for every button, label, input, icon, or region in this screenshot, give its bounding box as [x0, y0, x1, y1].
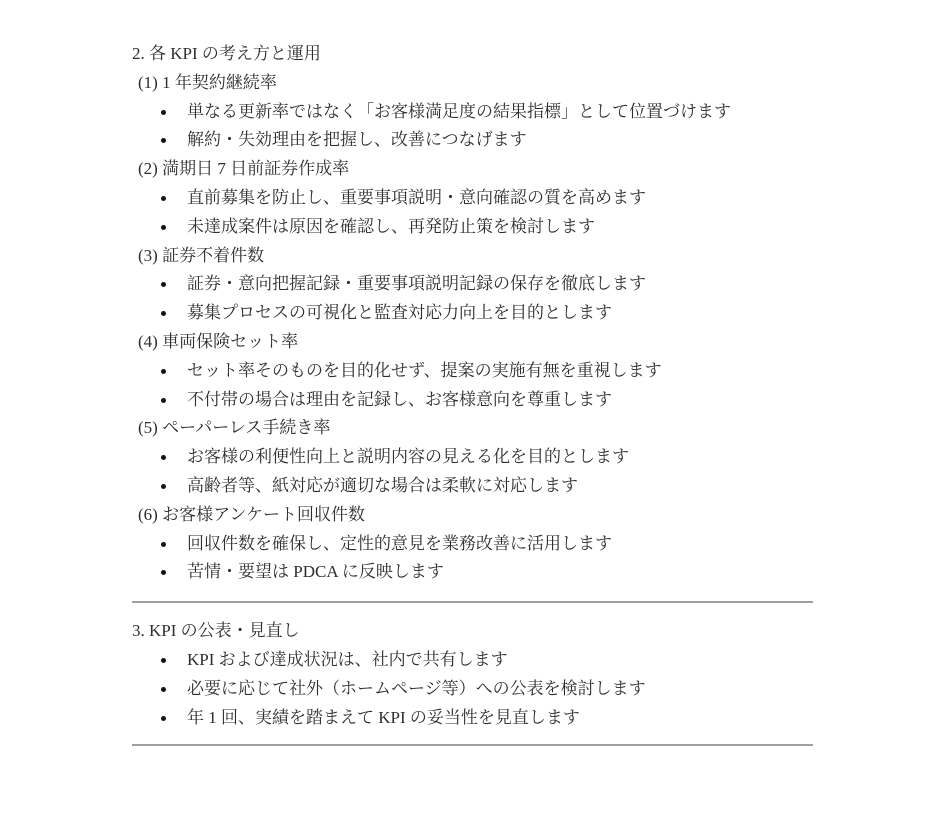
bullet-icon [161, 658, 166, 663]
bullet-text: 回収件数を確保し、定性的意見を業務改善に活用します [187, 534, 612, 553]
bullet-icon [161, 282, 166, 287]
list-item: 年 1 回、実績を踏まえて KPI の妥当性を見直します [132, 704, 813, 733]
bullet-icon [161, 138, 166, 143]
list-item: 解約・失効理由を把握し、改善につなげます [132, 126, 813, 155]
bullet-text: セット率そのものを目的化せず、提案の実施有無を重視します [187, 361, 662, 380]
subsection-heading: (3) 証券不着件数 [132, 242, 813, 271]
list-item: 苦情・要望は PDCA に反映します [132, 558, 813, 587]
subsection-heading: (5) ペーパーレス手続き率 [132, 414, 813, 443]
bullet-icon [161, 542, 166, 547]
bullet-icon [161, 716, 166, 721]
list-item: 必要に応じて社外（ホームページ等）への公表を検討します [132, 675, 813, 704]
bullet-icon [161, 687, 166, 692]
section-kpi-operation: 2. 各 KPI の考え方と運用 (1) 1 年契約継続率単なる更新率ではなく「… [132, 40, 813, 587]
document-page: 2. 各 KPI の考え方と運用 (1) 1 年契約継続率単なる更新率ではなく「… [0, 0, 945, 813]
list-item: 証券・意向把握記録・重要事項説明記録の保存を徹底します [132, 270, 813, 299]
section-2-body: (1) 1 年契約継続率単なる更新率ではなく「お客様満足度の結果指標」として位置… [132, 69, 813, 587]
bullet-icon [161, 225, 166, 230]
document-content: 2. 各 KPI の考え方と運用 (1) 1 年契約継続率単なる更新率ではなく「… [132, 40, 813, 746]
bullet-text: 単なる更新率ではなく「お客様満足度の結果指標」として位置づけます [187, 102, 731, 121]
list-item: 直前募集を防止し、重要事項説明・意向確認の質を高めます [132, 184, 813, 213]
bullet-text: 必要に応じて社外（ホームページ等）への公表を検討します [187, 679, 646, 698]
list-item: 不付帯の場合は理由を記録し、お客様意向を尊重します [132, 386, 813, 415]
bullet-icon [161, 455, 166, 460]
bullet-text: KPI および達成状況は、社内で共有します [187, 650, 508, 669]
list-item: セット率そのものを目的化せず、提案の実施有無を重視します [132, 357, 813, 386]
section-divider-bottom [132, 744, 813, 746]
bullet-text: 解約・失効理由を把握し、改善につなげます [187, 130, 527, 149]
section-divider-top [132, 601, 813, 603]
section-kpi-publication: 3. KPI の公表・見直し KPI および達成状況は、社内で共有します必要に応… [132, 617, 813, 732]
section-2-heading: 2. 各 KPI の考え方と運用 [132, 40, 813, 69]
bullet-text: 不付帯の場合は理由を記録し、お客様意向を尊重します [187, 390, 612, 409]
section-3-heading: 3. KPI の公表・見直し [132, 617, 813, 646]
subsection-heading: (4) 車両保険セット率 [132, 328, 813, 357]
bullet-icon [161, 369, 166, 374]
bullet-icon [161, 196, 166, 201]
list-item: お客様の利便性向上と説明内容の見える化を目的とします [132, 443, 813, 472]
bullet-text: お客様の利便性向上と説明内容の見える化を目的とします [187, 447, 629, 466]
bullet-text: 直前募集を防止し、重要事項説明・意向確認の質を高めます [187, 188, 646, 207]
subsection-heading: (2) 満期日 7 日前証券作成率 [132, 155, 813, 184]
subsection-heading: (6) お客様アンケート回収件数 [132, 501, 813, 530]
list-item: 高齢者等、紙対応が適切な場合は柔軟に対応します [132, 472, 813, 501]
bullet-text: 年 1 回、実績を踏まえて KPI の妥当性を見直します [187, 708, 580, 727]
subsection-heading: (1) 1 年契約継続率 [132, 69, 813, 98]
bullet-text: 未達成案件は原因を確認し、再発防止策を検討します [187, 217, 595, 236]
bullet-icon [161, 484, 166, 489]
list-item: 募集プロセスの可視化と監査対応力向上を目的とします [132, 299, 813, 328]
bullet-text: 苦情・要望は PDCA に反映します [187, 562, 444, 581]
bullet-text: 募集プロセスの可視化と監査対応力向上を目的とします [187, 303, 612, 322]
list-item: 単なる更新率ではなく「お客様満足度の結果指標」として位置づけます [132, 98, 813, 127]
section-3-body: KPI および達成状況は、社内で共有します必要に応じて社外（ホームページ等）への… [132, 646, 813, 732]
list-item: 未達成案件は原因を確認し、再発防止策を検討します [132, 213, 813, 242]
bullet-text: 高齢者等、紙対応が適切な場合は柔軟に対応します [187, 476, 578, 495]
list-item: KPI および達成状況は、社内で共有します [132, 646, 813, 675]
bullet-icon [161, 110, 166, 115]
list-item: 回収件数を確保し、定性的意見を業務改善に活用します [132, 530, 813, 559]
bullet-icon [161, 398, 166, 403]
bullet-icon [161, 570, 166, 575]
bullet-icon [161, 311, 166, 316]
bullet-text: 証券・意向把握記録・重要事項説明記録の保存を徹底します [187, 274, 646, 293]
